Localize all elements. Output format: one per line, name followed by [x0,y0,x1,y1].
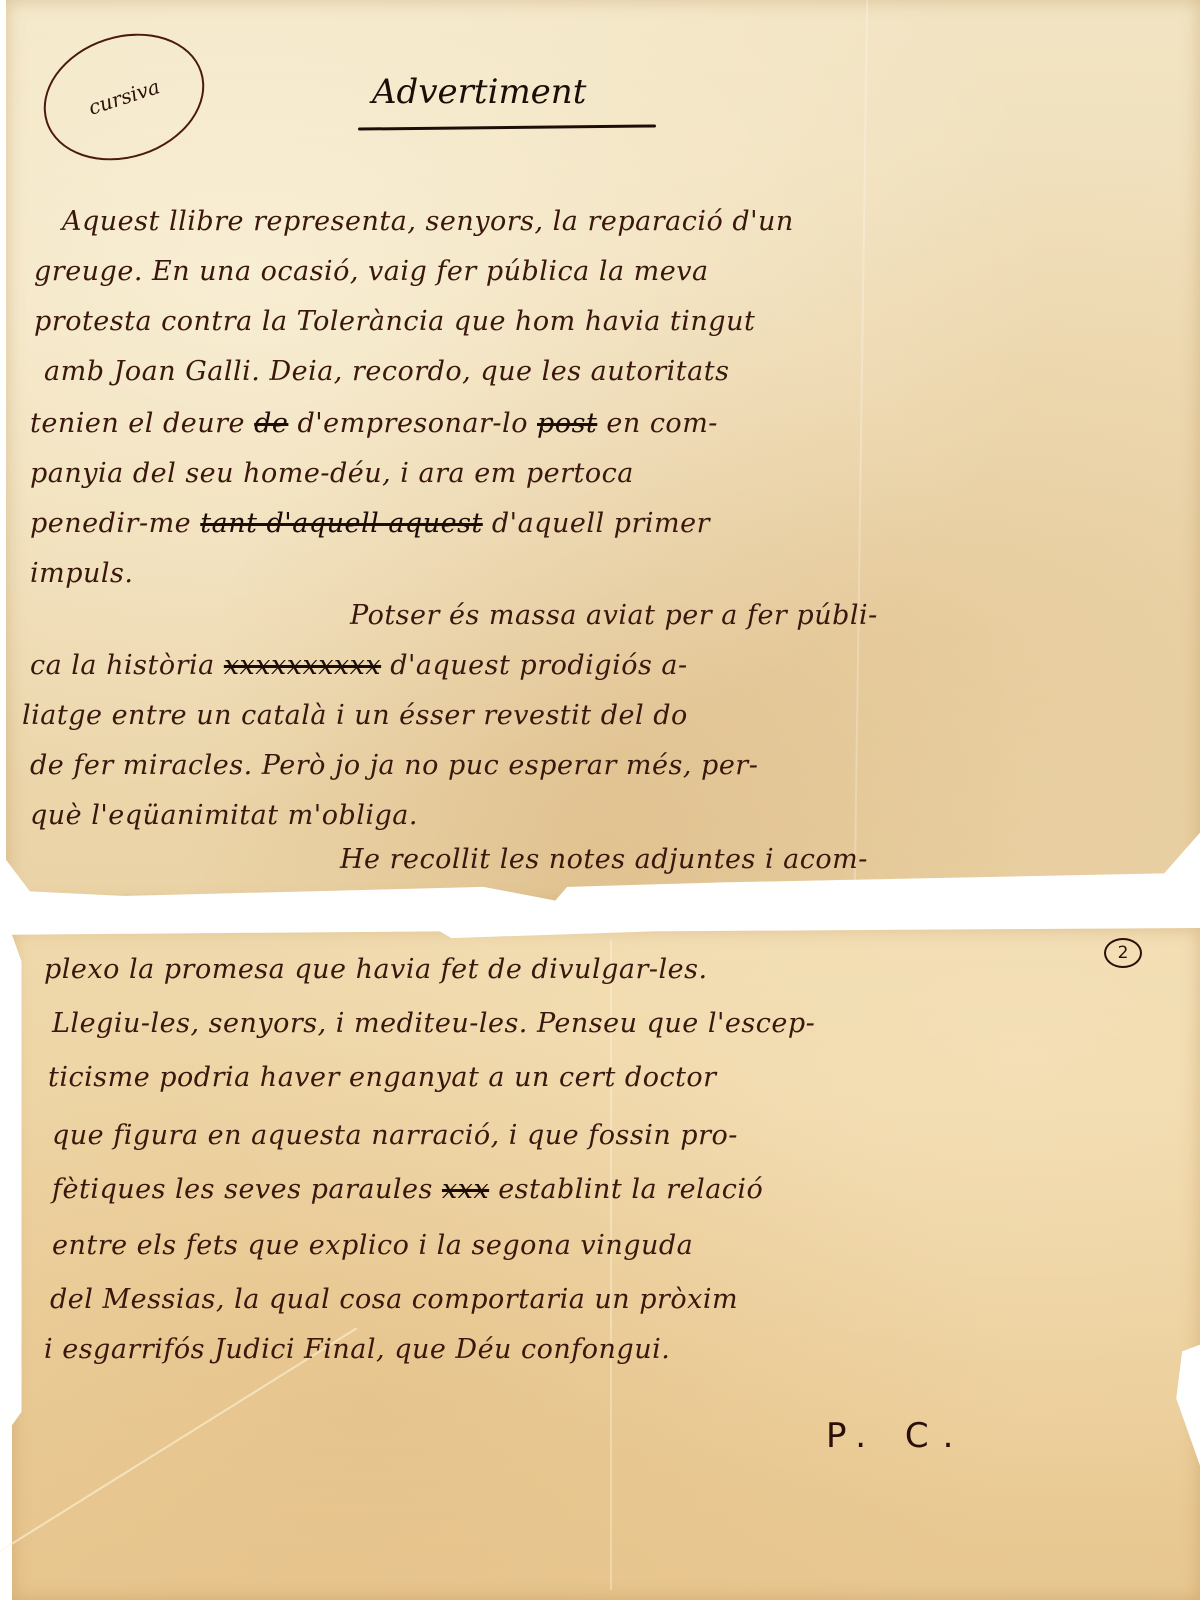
line-text: Potser és massa aviat per a fer públi- [350,600,878,631]
text-line: amb Joan Galli. Deia, recordo, que les a… [44,356,1200,387]
line-text: entre els fets que explico i la segona v… [52,1230,693,1261]
line-text: panyia del seu home-déu, i ara em pertoc… [30,458,634,489]
text-line: Aquest llibre representa, senyors, la re… [62,206,1200,237]
line-text: i esgarrifós Judici Final, que Déu confo… [44,1334,670,1365]
line-text: què l'eqüanimitat m'obliga. [30,800,418,831]
text-line: He recollit les notes adjuntes i acom- [340,844,1200,875]
text-line: greuge. En una ocasió, vaig fer pública … [34,256,1200,287]
line-text: liatge entre un català i un ésser revest… [22,700,688,731]
text-line: plexo la promesa que havia fet de divulg… [44,954,1200,985]
line-text: Llegiu-les, senyors, i mediteu-les. Pens… [52,1008,815,1039]
struck-word: de [254,408,288,439]
line-text: en com- [597,408,718,439]
text-line: liatge entre un català i un ésser revest… [22,700,1200,731]
text-line: de fer miracles. Però jo ja no puc esper… [30,750,1200,781]
line-text: d'aquest prodigiós a- [381,650,688,681]
line-text: impuls. [30,558,133,589]
text-line: entre els fets que explico i la segona v… [52,1230,1200,1261]
struck-word: xxxxxxxxxx [224,650,381,681]
line-text: d'empresonar-lo [288,408,537,439]
document-title: Advertiment [372,72,586,112]
line-text: tenien el deure [30,408,254,439]
line-text: He recollit les notes adjuntes i acom- [340,844,868,875]
struck-word: xxx [442,1174,489,1205]
line-text: que figura en aquesta narració, i que fo… [52,1120,738,1151]
signature-initials: P. C. [826,1416,967,1456]
line-text: fètiques les seves paraules [52,1174,442,1205]
text-line: panyia del seu home-déu, i ara em pertoc… [30,458,1200,489]
struck-phrase: tant d'aquell aquest [200,508,483,539]
line-text: d'aquell primer [483,508,710,539]
text-line: tenien el deure de d'empresonar-lo post … [30,408,1200,439]
text-line: i esgarrifós Judici Final, que Déu confo… [44,1334,1200,1365]
text-line: impuls. [30,558,1200,589]
line-text: establint la relació [489,1174,763,1205]
line-text: plexo la promesa que havia fet de divulg… [44,954,708,985]
text-line: Potser és massa aviat per a fer públi- [350,600,1200,631]
line-text: Aquest llibre representa, senyors, la re… [62,206,794,237]
line-text: de fer miracles. Però jo ja no puc esper… [30,750,758,781]
text-line: penedir-me tant d'aquell aquest d'aquell… [30,508,1200,539]
text-line: Llegiu-les, senyors, i mediteu-les. Pens… [52,1008,1200,1039]
line-text: ticisme podria haver enganyat a un cert … [48,1062,717,1093]
line-text: protesta contra la Tolerància que hom ha… [34,306,755,337]
text-line: ca la història xxxxxxxxxx d'aquest prodi… [30,650,1200,681]
line-text: amb Joan Galli. Deia, recordo, que les a… [44,356,729,387]
text-line: protesta contra la Tolerància que hom ha… [34,306,1200,337]
margin-note-text: cursiva [85,74,162,120]
line-text: del Messias, la qual cosa comportaria un… [50,1284,738,1315]
text-line: que figura en aquesta narració, i que fo… [52,1120,1200,1151]
text-line: fètiques les seves paraules xxx establin… [52,1174,1200,1205]
line-text: ca la història [30,650,224,681]
text-line: ticisme podria haver enganyat a un cert … [48,1062,1200,1093]
struck-word: post [537,408,597,439]
line-text: greuge. En una ocasió, vaig fer pública … [34,256,709,287]
line-text: penedir-me [30,508,200,539]
text-line: del Messias, la qual cosa comportaria un… [50,1284,1200,1315]
text-line: què l'eqüanimitat m'obliga. [30,800,1200,831]
